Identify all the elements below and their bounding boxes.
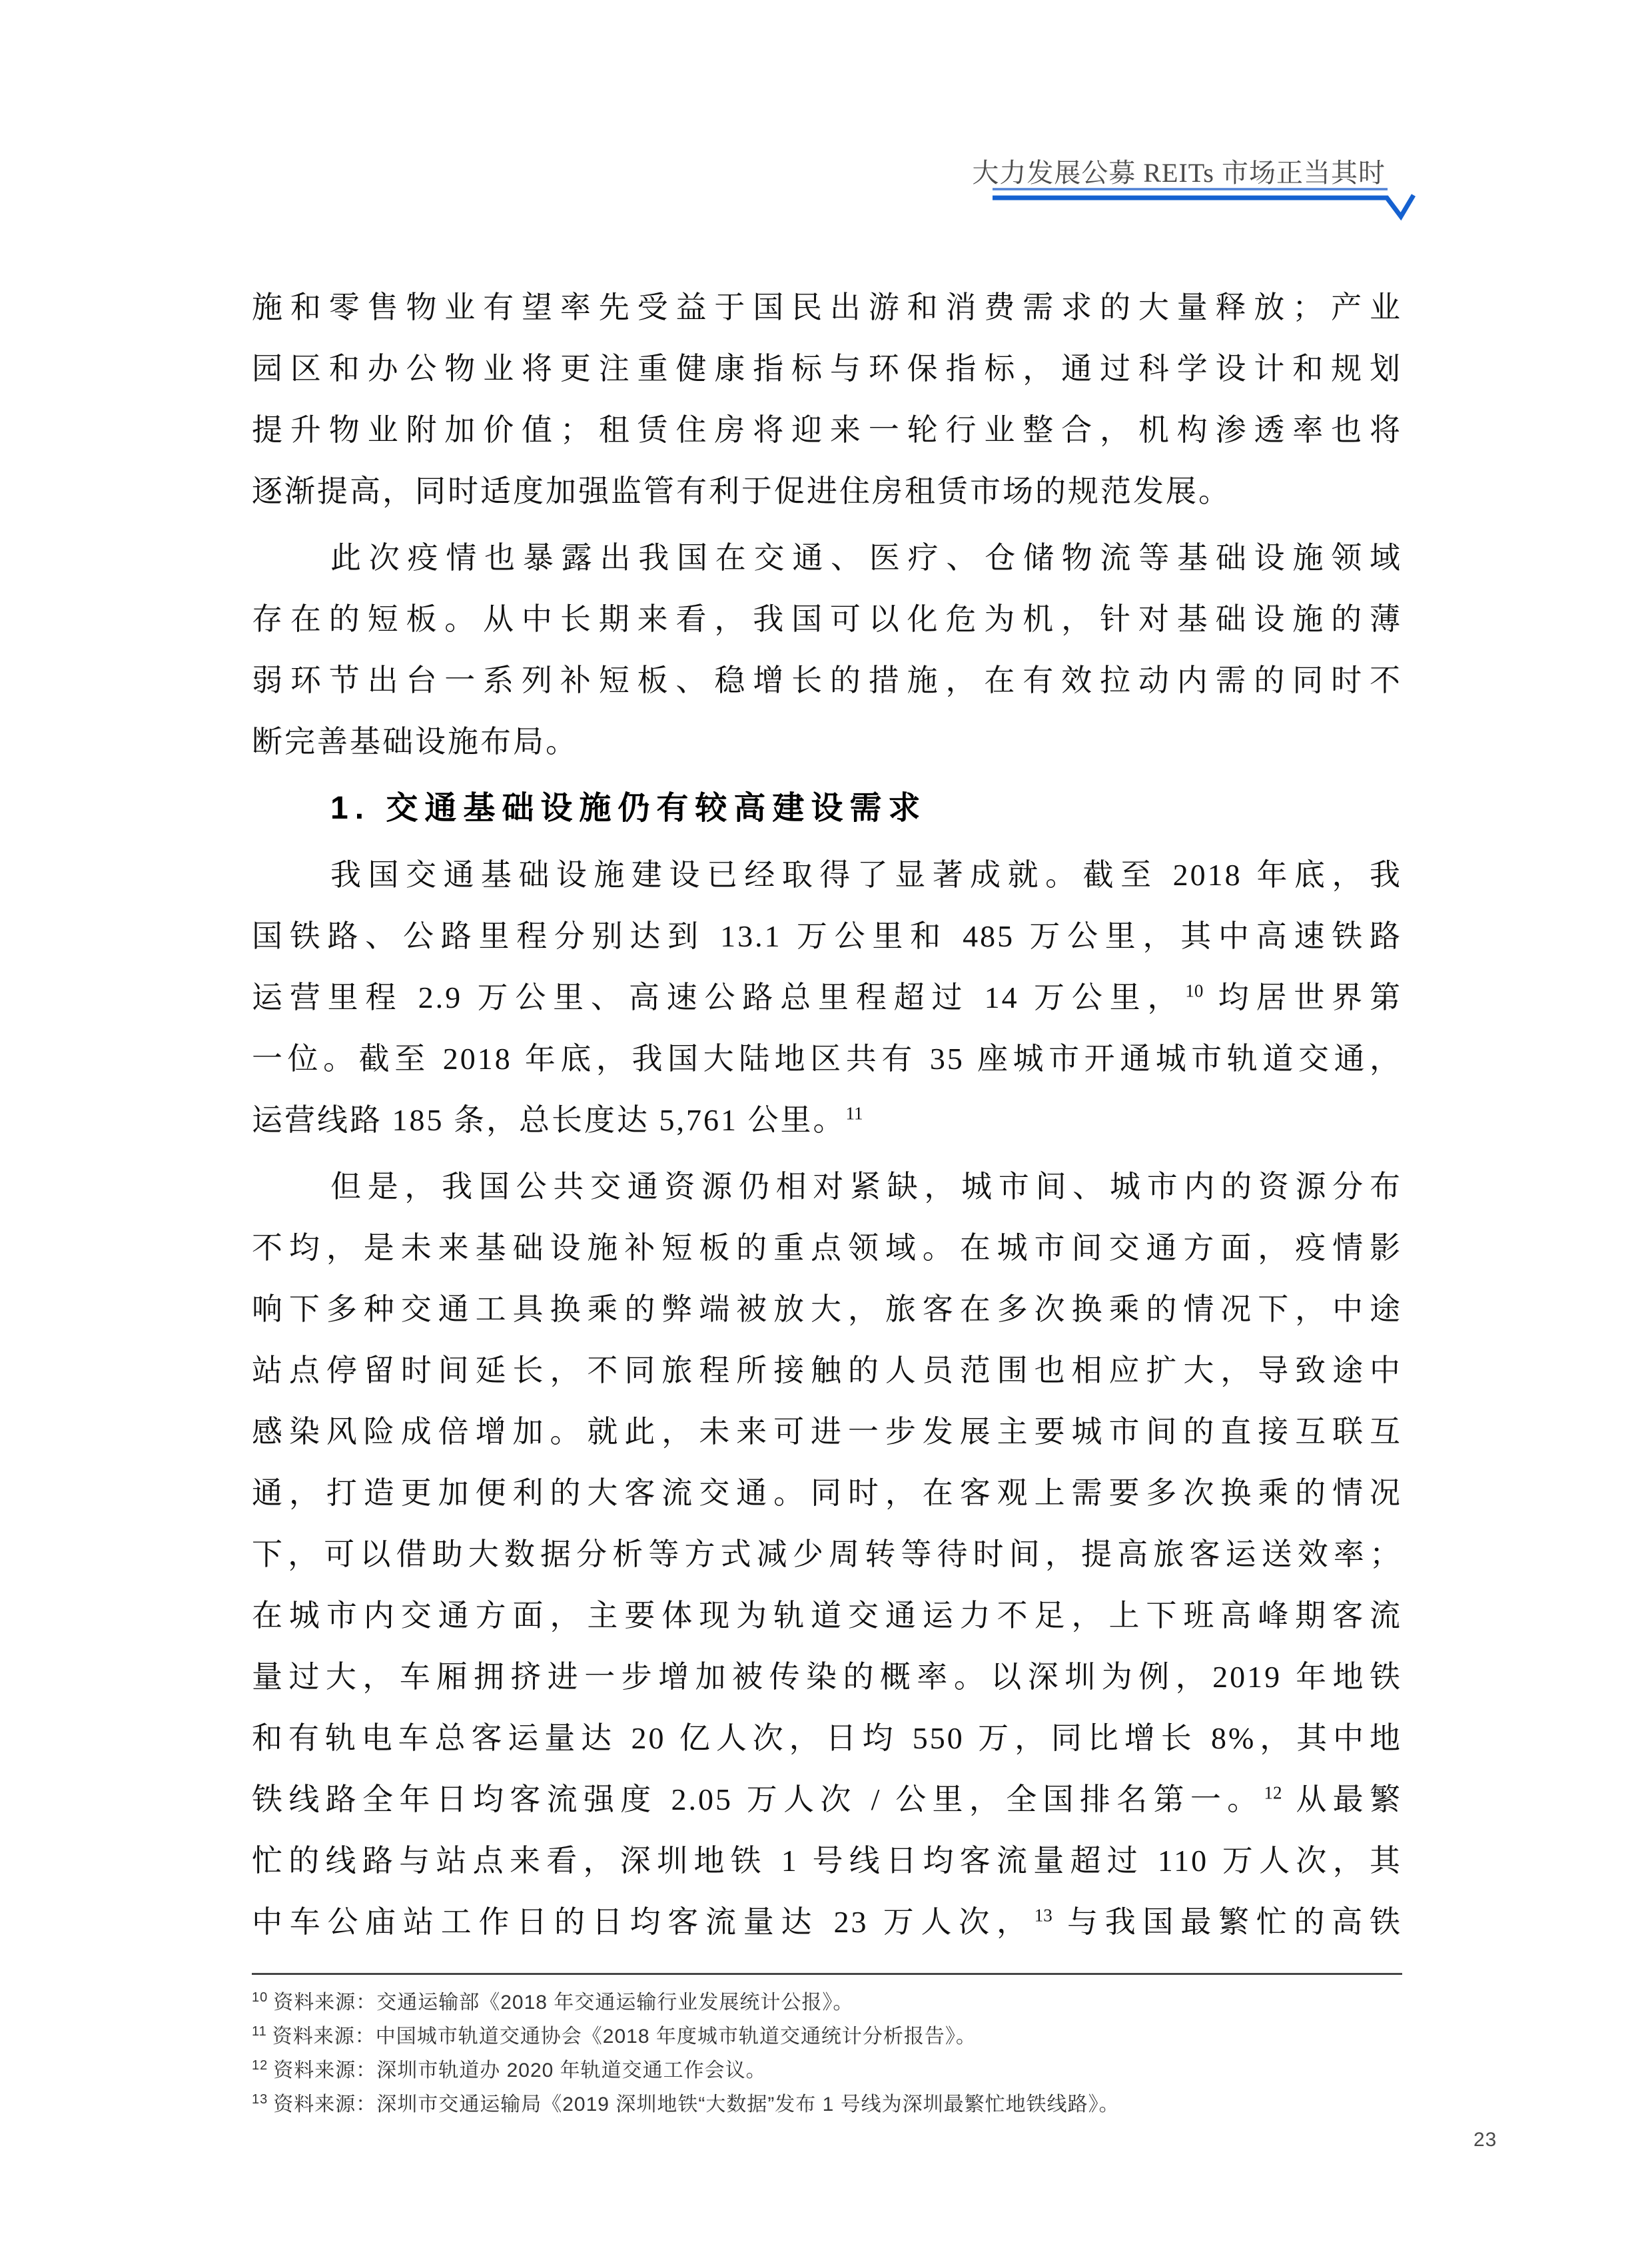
text-run: 提升物业附加价值；租赁住房将迎来一轮行业整合，机构渗透率也将 <box>252 413 1402 447</box>
text-run: 和有轨电车总客运量达 20 亿人次，日均 550 万，同比增长 8%，其中地 <box>252 1721 1402 1755</box>
text-run: 运营线路 185 条，总长度达 5,761 公里。 <box>252 1103 846 1137</box>
running-header-title: 大力发展公募 REITs 市场正当其时 <box>972 152 1386 190</box>
text-line: 在城市内交通方面，主要体现为轨道交通运力不足，上下班高峰期客流 <box>252 1585 1402 1647</box>
document-body: 施和零售物业有望率先受益于国民出游和消费需求的大量释放；产业园区和办公物业将更注… <box>252 277 1402 1953</box>
text-line: 园区和办公物业将更注重健康指标与环保指标，通过科学设计和规划 <box>252 338 1402 400</box>
text-run: 在城市内交通方面，主要体现为轨道交通运力不足，上下班高峰期客流 <box>252 1599 1402 1633</box>
text-run: 响下多种交通工具换乘的弊端被放大，旅客在多次换乘的情况下，中途 <box>252 1292 1402 1326</box>
text-line: 施和零售物业有望率先受益于国民出游和消费需求的大量释放；产业 <box>252 277 1402 338</box>
text-run: 铁线路全年日均客流强度 2.05 万人次 / 公里，全国排名第一。 <box>252 1782 1264 1816</box>
text-run: 施和零售物业有望率先受益于国民出游和消费需求的大量释放；产业 <box>252 290 1402 324</box>
text-run: 下，可以借助大数据分析等方式减少周转等待时间，提高旅客运送效率； <box>252 1537 1402 1571</box>
footnote-ref-superscript: 13 <box>1034 1906 1052 1926</box>
text-line: 此次疫情也暴露出我国在交通、医疗、仓储物流等基础设施领域 <box>252 528 1402 589</box>
text-line: 运营线路 185 条，总长度达 5,761 公里。11 <box>252 1090 1402 1151</box>
footnote-number: 11 <box>252 2024 267 2039</box>
text-run: 运营里程 2.9 万公里、高速公路总里程超过 14 万公里， <box>252 980 1185 1014</box>
text-line: 弱环节出台一系列补短板、稳增长的措施，在有效拉动内需的同时不 <box>252 650 1402 711</box>
footnote-item: 11资料来源：中国城市轨道交通协会《2018 年度城市轨道交通统计分析报告》。 <box>252 2020 1402 2054</box>
footnote-text: 资料来源：深圳市交通运输局《2019 深圳地铁“大数据”发布 1 号线为深圳最繁… <box>273 2093 1119 2115</box>
footnotes-list: 10资料来源：交通运输部《2018 年交通运输行业发展统计公报》。11资料来源：… <box>252 1986 1402 2121</box>
text-line: 铁线路全年日均客流强度 2.05 万人次 / 公里，全国排名第一。12 从最繁 <box>252 1769 1402 1830</box>
document-page: 大力发展公募 REITs 市场正当其时 施和零售物业有望率先受益于国民出游和消费… <box>0 0 1652 2242</box>
footnote-item: 10资料来源：交通运输部《2018 年交通运输行业发展统计公报》。 <box>252 1986 1402 2020</box>
footnote-number: 12 <box>252 2058 268 2073</box>
text-line: 响下多种交通工具换乘的弊端被放大，旅客在多次换乘的情况下，中途 <box>252 1279 1402 1340</box>
text-run: 园区和办公物业将更注重健康指标与环保指标，通过科学设计和规划 <box>252 352 1402 386</box>
body-paragraph: 我国交通基础设施建设已经取得了显著成就。截至 2018 年底，我国铁路、公路里程… <box>252 845 1402 1151</box>
text-run: 一位。截至 2018 年底，我国大陆地区共有 35 座城市开通城市轨道交通， <box>252 1042 1402 1076</box>
footnote-ref-superscript: 10 <box>1185 981 1203 1001</box>
text-run: 国铁路、公路里程分别达到 13.1 万公里和 485 万公里，其中高速铁路 <box>252 919 1402 953</box>
header-underline-chevron-icon <box>991 185 1418 222</box>
text-run: 量过大，车厢拥挤进一步增加被传染的概率。以深圳为例，2019 年地铁 <box>252 1660 1402 1694</box>
text-run: 我国交通基础设施建设已经取得了显著成就。截至 2018 年底，我 <box>330 858 1402 892</box>
section-heading: 1. 交通基础设施仍有较高建设需求 <box>252 778 1402 839</box>
text-line: 一位。截至 2018 年底，我国大陆地区共有 35 座城市开通城市轨道交通， <box>252 1028 1402 1090</box>
text-run: 感染风险成倍增加。就此，未来可进一步发展主要城市间的直接互联互 <box>252 1415 1402 1449</box>
text-line: 我国交通基础设施建设已经取得了显著成就。截至 2018 年底，我 <box>252 845 1402 906</box>
text-line: 量过大，车厢拥挤进一步增加被传染的概率。以深圳为例，2019 年地铁 <box>252 1647 1402 1708</box>
text-line: 国铁路、公路里程分别达到 13.1 万公里和 485 万公里，其中高速铁路 <box>252 906 1402 967</box>
text-run: 弱环节出台一系列补短板、稳增长的措施，在有效拉动内需的同时不 <box>252 663 1402 697</box>
footnote-ref-superscript: 12 <box>1264 1783 1282 1803</box>
text-run: 断完善基础设施布局。 <box>252 725 578 759</box>
text-run: 逐渐提高，同时适度加强监管有利于促进住房租赁市场的规范发展。 <box>252 474 1231 508</box>
text-run: 不均，是未来基础设施补短板的重点领域。在城市间交通方面，疫情影 <box>252 1231 1402 1265</box>
footnote-divider <box>252 1973 1402 1975</box>
text-line: 站点停留时间延长，不同旅程所接触的人员范围也相应扩大，导致途中 <box>252 1340 1402 1401</box>
text-line: 但是，我国公共交通资源仍相对紧缺，城市间、城市内的资源分布 <box>252 1156 1402 1218</box>
text-run: 从最繁 <box>1282 1782 1402 1816</box>
body-paragraph: 施和零售物业有望率先受益于国民出游和消费需求的大量释放；产业园区和办公物业将更注… <box>252 277 1402 522</box>
text-line: 忙的线路与站点来看，深圳地铁 1 号线日均客流量超过 110 万人次，其 <box>252 1830 1402 1892</box>
text-run: 此次疫情也暴露出我国在交通、医疗、仓储物流等基础设施领域 <box>330 541 1402 575</box>
body-paragraph: 但是，我国公共交通资源仍相对紧缺，城市间、城市内的资源分布不均，是未来基础设施补… <box>252 1156 1402 1953</box>
text-line: 下，可以借助大数据分析等方式减少周转等待时间，提高旅客运送效率； <box>252 1524 1402 1585</box>
text-line: 运营里程 2.9 万公里、高速公路总里程超过 14 万公里，10 均居世界第 <box>252 967 1402 1028</box>
text-line: 存在的短板。从中长期来看，我国可以化危为机，针对基础设施的薄 <box>252 589 1402 650</box>
footnote-item: 13资料来源：深圳市交通运输局《2019 深圳地铁“大数据”发布 1 号线为深圳… <box>252 2087 1402 2121</box>
footnote-ref-superscript: 11 <box>846 1104 863 1124</box>
footnote-text: 资料来源：交通运输部《2018 年交通运输行业发展统计公报》。 <box>273 1992 853 2014</box>
footnote-text: 资料来源：深圳市轨道办 2020 年轨道交通工作会议。 <box>273 2059 766 2081</box>
text-line: 中车公庙站工作日的日均客流量达 23 万人次，13 与我国最繁忙的高铁 <box>252 1892 1402 1953</box>
text-line: 逐渐提高，同时适度加强监管有利于促进住房租赁市场的规范发展。 <box>252 461 1402 522</box>
text-line: 通，打造更加便利的大客流交通。同时，在客观上需要多次换乘的情况 <box>252 1463 1402 1524</box>
text-run: 与我国最繁忙的高铁 <box>1052 1905 1402 1939</box>
text-line: 断完善基础设施布局。 <box>252 711 1402 773</box>
text-line: 1. 交通基础设施仍有较高建设需求 <box>252 778 1402 839</box>
footnote-text: 资料来源：中国城市轨道交通协会《2018 年度城市轨道交通统计分析报告》。 <box>272 2026 977 2048</box>
text-run: 忙的线路与站点来看，深圳地铁 1 号线日均客流量超过 110 万人次，其 <box>252 1844 1402 1878</box>
page-number: 23 <box>1473 2129 1497 2151</box>
text-run: 存在的短板。从中长期来看，我国可以化危为机，针对基础设施的薄 <box>252 602 1402 636</box>
text-run: 中车公庙站工作日的日均客流量达 23 万人次， <box>252 1905 1034 1939</box>
footnote-area: 10资料来源：交通运输部《2018 年交通运输行业发展统计公报》。11资料来源：… <box>252 1973 1402 2121</box>
text-run: 站点停留时间延长，不同旅程所接触的人员范围也相应扩大，导致途中 <box>252 1353 1402 1387</box>
footnote-number: 13 <box>252 2092 268 2107</box>
text-line: 和有轨电车总客运量达 20 亿人次，日均 550 万，同比增长 8%，其中地 <box>252 1708 1402 1769</box>
text-run: 但是，我国公共交通资源仍相对紧缺，城市间、城市内的资源分布 <box>330 1170 1402 1204</box>
text-run: 均居世界第 <box>1203 980 1402 1014</box>
footnote-item: 12资料来源：深圳市轨道办 2020 年轨道交通工作会议。 <box>252 2054 1402 2087</box>
text-run: 1. 交通基础设施仍有较高建设需求 <box>330 791 927 826</box>
footnote-number: 10 <box>252 1990 268 2005</box>
text-line: 提升物业附加价值；租赁住房将迎来一轮行业整合，机构渗透率也将 <box>252 400 1402 461</box>
text-line: 不均，是未来基础设施补短板的重点领域。在城市间交通方面，疫情影 <box>252 1218 1402 1279</box>
text-run: 通，打造更加便利的大客流交通。同时，在客观上需要多次换乘的情况 <box>252 1476 1402 1510</box>
text-line: 感染风险成倍增加。就此，未来可进一步发展主要城市间的直接互联互 <box>252 1401 1402 1463</box>
body-paragraph: 此次疫情也暴露出我国在交通、医疗、仓储物流等基础设施领域存在的短板。从中长期来看… <box>252 528 1402 773</box>
